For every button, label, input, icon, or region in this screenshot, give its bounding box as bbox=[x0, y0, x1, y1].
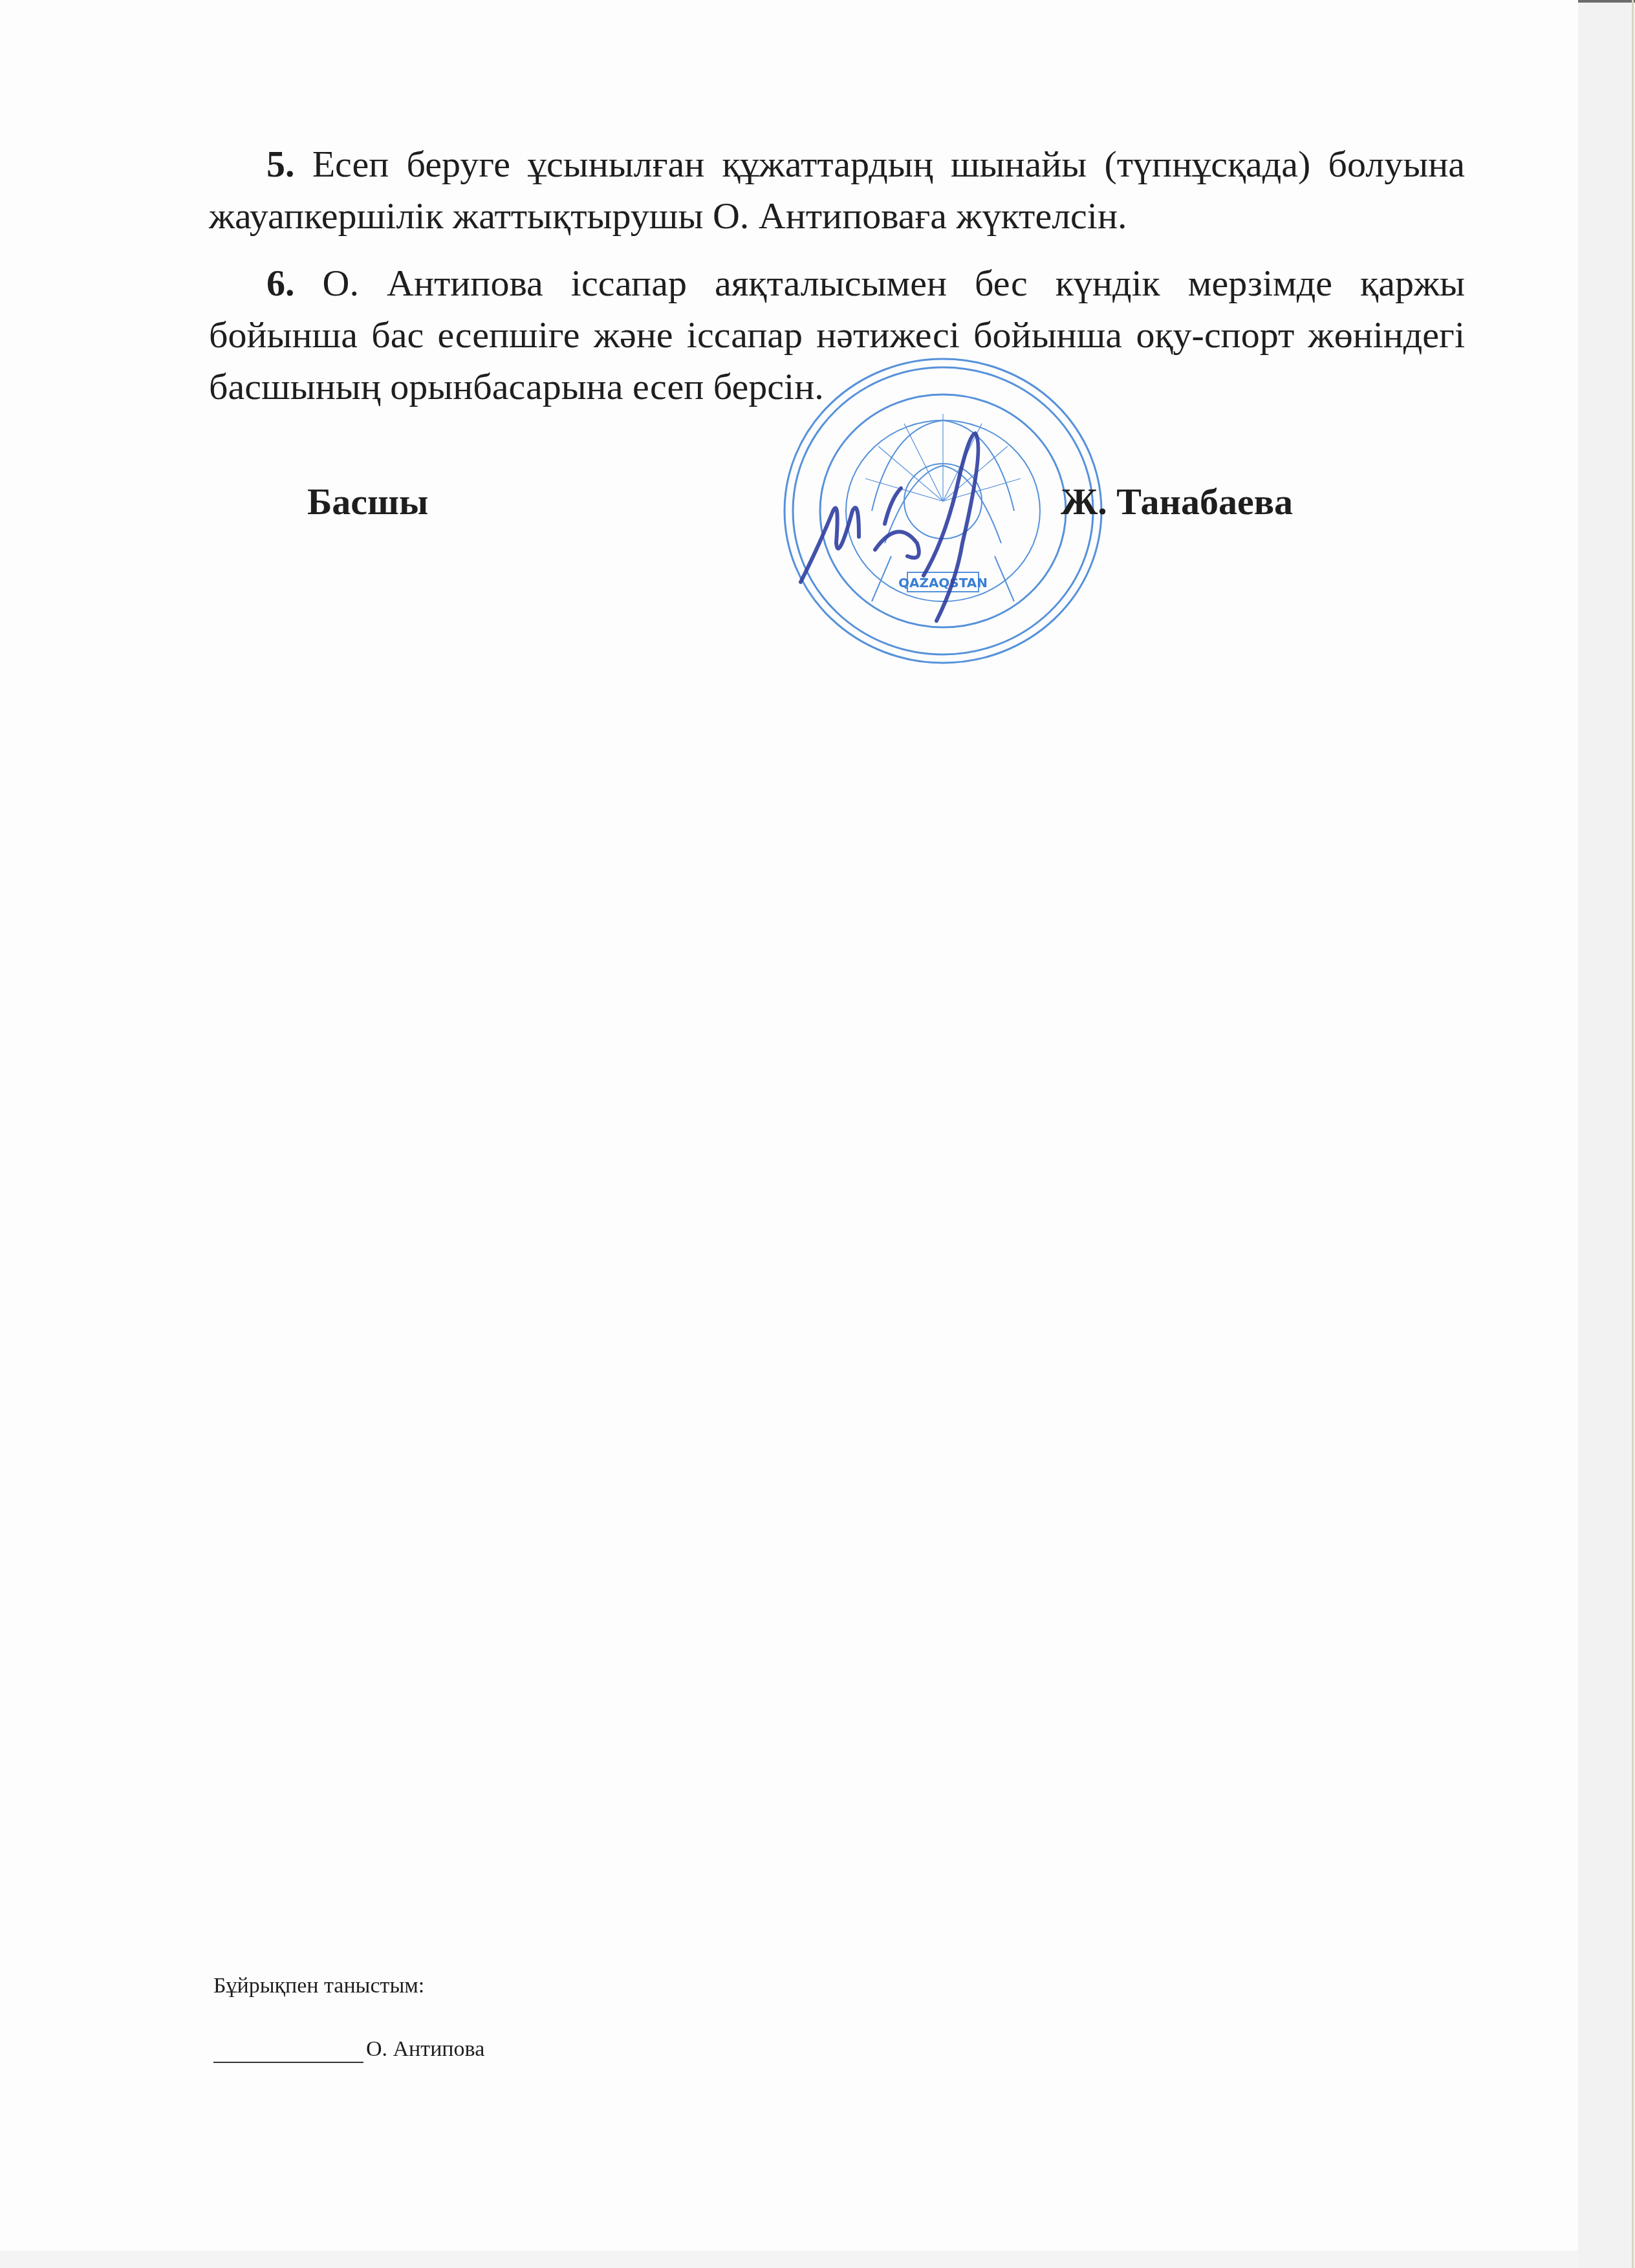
scan-edge-topline bbox=[1578, 0, 1635, 3]
signatory-name: Ж. Танабаева bbox=[1061, 480, 1293, 523]
scan-edge-bottom bbox=[0, 2251, 1578, 2268]
acknowledgement-label: Бұйрықпен таныстым: bbox=[213, 1974, 424, 1998]
signatory-title: Басшы bbox=[307, 480, 428, 523]
svg-text:QAZAQSTAN: QAZAQSTAN bbox=[898, 575, 988, 590]
scan-edge-line bbox=[1632, 0, 1634, 2268]
acknowledgement-signature-line bbox=[213, 2062, 363, 2063]
scan-edge-right bbox=[1578, 0, 1635, 2268]
paragraph-text: Есеп беруге ұсынылған құжаттардың шынайы… bbox=[209, 143, 1465, 237]
paragraph-number: 6. bbox=[266, 262, 295, 304]
acknowledgement-name: О. Антипова bbox=[366, 2037, 484, 2062]
signature-block: Басшы Ж. Танабаева bbox=[0, 480, 1578, 532]
paragraph-5: 5. Есеп беруге ұсынылған құжаттардың шын… bbox=[209, 138, 1465, 242]
paragraph-number: 5. bbox=[266, 143, 295, 185]
